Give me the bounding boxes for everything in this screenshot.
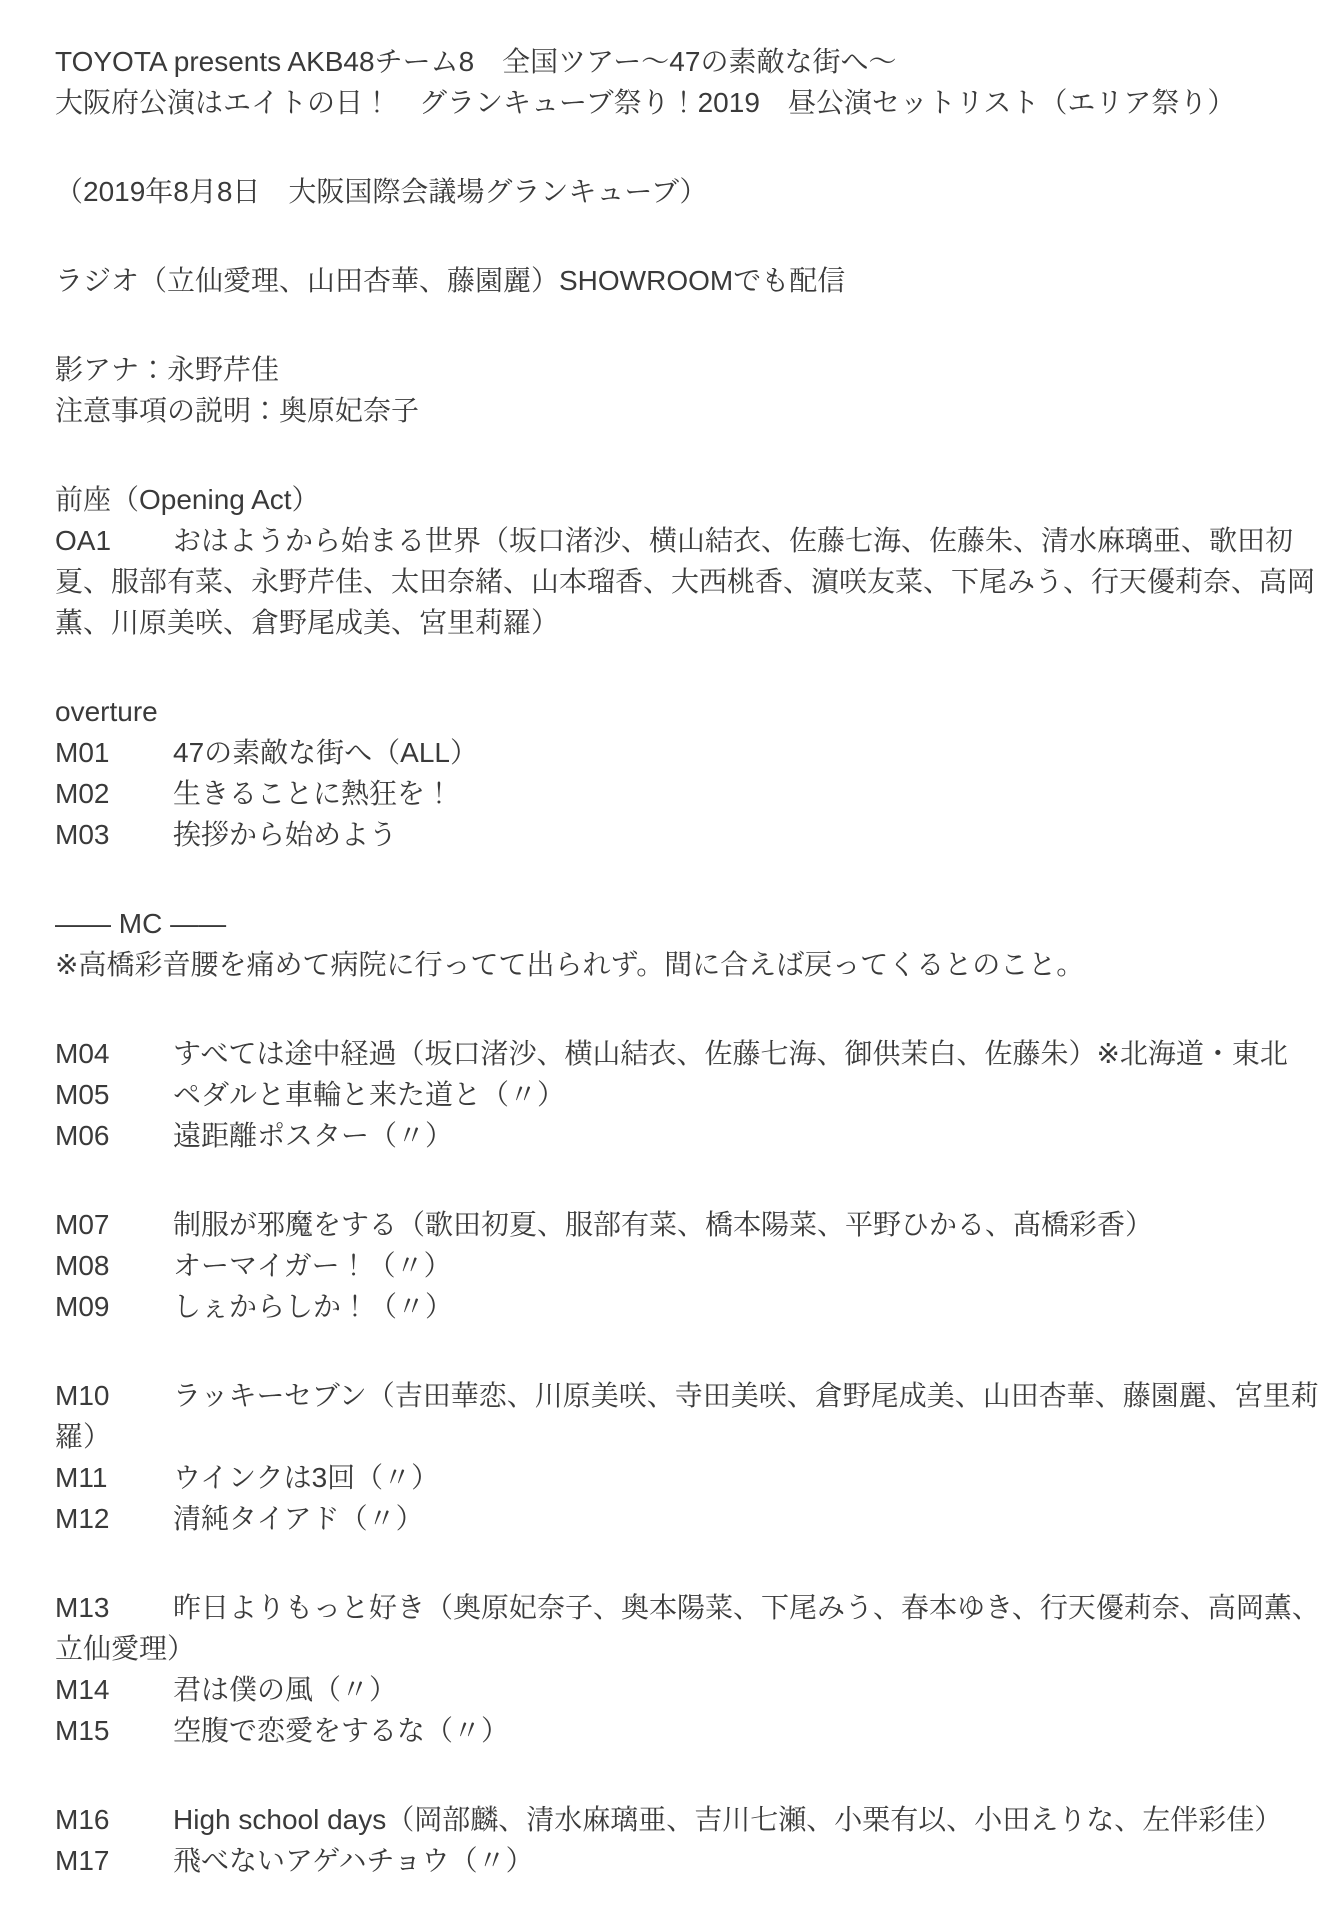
song-line: M17飛べないアゲハチョウ（〃）: [55, 1840, 1322, 1881]
song-title-and-performers: 昨日よりもっと好き（奥原妃奈子、奥本陽菜、下尾みう、春本ゆき、行天優莉奈、高岡薫…: [55, 1592, 1320, 1664]
song-line: M05ペダルと車輪と来た道と（〃）: [55, 1074, 1322, 1115]
block-opening-act: 前座（Opening Act）OA1おはようから始まる世界（坂口渚沙、横山結衣、…: [55, 479, 1322, 643]
song-line: M12清純タイアド（〃）: [55, 1498, 1322, 1539]
text-line: （2019年8月8日 大阪国際会議場グランキューブ）: [55, 171, 1322, 212]
song-title-and-performers: 清純タイアド（〃）: [173, 1503, 424, 1534]
song-number: M17: [55, 1840, 173, 1881]
song-number: M14: [55, 1669, 173, 1710]
text-line: 注意事項の説明：奥原妃奈子: [55, 390, 1322, 431]
song-number: M09: [55, 1286, 173, 1327]
song-title-and-performers: オーマイガー！（〃）: [173, 1250, 452, 1281]
song-line: M06遠距離ポスター（〃）: [55, 1115, 1322, 1156]
song-line: M10ラッキーセブン（吉田華恋、川原美咲、寺田美咲、倉野尾成美、山田杏華、藤園麗…: [55, 1375, 1322, 1457]
song-number: M11: [55, 1457, 173, 1498]
song-number: M02: [55, 773, 173, 814]
song-number: M08: [55, 1245, 173, 1286]
text-line: TOYOTA presents AKB48チーム8 全国ツアー〜47の素敵な街へ…: [55, 41, 1322, 82]
song-number: M13: [55, 1587, 173, 1628]
song-line: M04すべては途中経過（坂口渚沙、横山結衣、佐藤七海、御供茉白、佐藤朱）※北海道…: [55, 1033, 1322, 1074]
song-number: M03: [55, 814, 173, 855]
line-text: 前座（Opening Act）: [55, 484, 320, 515]
block-overture: overtureM0147の素敵な街へ（ALL）M02生きることに熱狂を！M03…: [55, 691, 1322, 855]
block-header: TOYOTA presents AKB48チーム8 全国ツアー〜47の素敵な街へ…: [55, 41, 1322, 123]
song-line: M13昨日よりもっと好き（奥原妃奈子、奥本陽菜、下尾みう、春本ゆき、行天優莉奈、…: [55, 1587, 1322, 1669]
block-songs-m07-m09: M07制服が邪魔をする（歌田初夏、服部有菜、橋本陽菜、平野ひかる、髙橋彩香）M0…: [55, 1204, 1322, 1327]
song-number: M07: [55, 1204, 173, 1245]
line-text: （2019年8月8日 大阪国際会議場グランキューブ）: [55, 176, 707, 207]
song-line: M11ウインクは3回（〃）: [55, 1457, 1322, 1498]
block-date-venue: （2019年8月8日 大阪国際会議場グランキューブ）: [55, 171, 1322, 212]
song-line: M14君は僕の風（〃）: [55, 1669, 1322, 1710]
line-text: ※高橋彩音腰を痛めて病院に行ってて出られず。間に合えば戻ってくるとのこと。: [55, 949, 1084, 980]
song-number: M01: [55, 732, 173, 773]
song-title-and-performers: 空腹で恋愛をするな（〃）: [173, 1715, 509, 1746]
song-title-and-performers: ペダルと車輪と来た道と（〃）: [173, 1079, 565, 1110]
setlist-text-body: TOYOTA presents AKB48チーム8 全国ツアー〜47の素敵な街へ…: [55, 41, 1322, 1881]
text-line: ラジオ（立仙愛理、山田杏華、藤園麗）SHOWROOMでも配信: [55, 260, 1322, 301]
song-line: M0147の素敵な街へ（ALL）: [55, 732, 1322, 773]
song-title-and-performers: ラッキーセブン（吉田華恋、川原美咲、寺田美咲、倉野尾成美、山田杏華、藤園麗、宮里…: [55, 1380, 1319, 1452]
song-number: OA1: [55, 520, 173, 561]
song-title-and-performers: 君は僕の風（〃）: [173, 1674, 397, 1705]
text-line: 影アナ：永野芹佳: [55, 349, 1322, 390]
line-text: ラジオ（立仙愛理、山田杏華、藤園麗）SHOWROOMでも配信: [55, 265, 845, 296]
block-radio: ラジオ（立仙愛理、山田杏華、藤園麗）SHOWROOMでも配信: [55, 260, 1322, 301]
line-text: overture: [55, 696, 158, 727]
song-title-and-performers: 生きることに熱狂を！: [173, 778, 453, 809]
text-line: 大阪府公演はエイトの日！ グランキューブ祭り！2019 昼公演セットリスト（エリ…: [55, 82, 1322, 123]
line-text: 大阪府公演はエイトの日！ グランキューブ祭り！2019 昼公演セットリスト（エリ…: [55, 87, 1235, 118]
song-line: M15空腹で恋愛をするな（〃）: [55, 1710, 1322, 1751]
text-line: ※高橋彩音腰を痛めて病院に行ってて出られず。間に合えば戻ってくるとのこと。: [55, 944, 1322, 985]
song-title-and-performers: ウインクは3回（〃）: [173, 1462, 439, 1493]
song-number: M16: [55, 1799, 173, 1840]
song-title-and-performers: High school days（岡部麟、清水麻璃亜、吉川七瀬、小栗有以、小田え…: [173, 1804, 1282, 1835]
song-title-and-performers: しぇからしか！（〃）: [173, 1291, 453, 1322]
block-staff: 影アナ：永野芹佳注意事項の説明：奥原妃奈子: [55, 349, 1322, 431]
song-number: M12: [55, 1498, 173, 1539]
line-text: 注意事項の説明：奥原妃奈子: [55, 395, 419, 426]
song-line: M08オーマイガー！（〃）: [55, 1245, 1322, 1286]
song-title-and-performers: 制服が邪魔をする（歌田初夏、服部有菜、橋本陽菜、平野ひかる、髙橋彩香）: [173, 1209, 1153, 1240]
text-line: overture: [55, 691, 1322, 732]
song-line: M16High school days（岡部麟、清水麻璃亜、吉川七瀬、小栗有以、…: [55, 1799, 1322, 1840]
block-mc: —— MC ——※高橋彩音腰を痛めて病院に行ってて出られず。間に合えば戻ってくる…: [55, 903, 1322, 985]
line-text: TOYOTA presents AKB48チーム8 全国ツアー〜47の素敵な街へ…: [55, 46, 896, 77]
block-songs-m10-m12: M10ラッキーセブン（吉田華恋、川原美咲、寺田美咲、倉野尾成美、山田杏華、藤園麗…: [55, 1375, 1322, 1539]
song-line: OA1おはようから始まる世界（坂口渚沙、横山結衣、佐藤七海、佐藤朱、清水麻璃亜、…: [55, 520, 1322, 643]
song-number: M05: [55, 1074, 173, 1115]
song-line: M07制服が邪魔をする（歌田初夏、服部有菜、橋本陽菜、平野ひかる、髙橋彩香）: [55, 1204, 1322, 1245]
song-number: M06: [55, 1115, 173, 1156]
song-title-and-performers: 遠距離ポスター（〃）: [173, 1120, 453, 1151]
line-text: 影アナ：永野芹佳: [55, 354, 279, 385]
block-songs-m13-m15: M13昨日よりもっと好き（奥原妃奈子、奥本陽菜、下尾みう、春本ゆき、行天優莉奈、…: [55, 1587, 1322, 1751]
text-line: —— MC ——: [55, 903, 1322, 944]
song-line: M09しぇからしか！（〃）: [55, 1286, 1322, 1327]
line-text: —— MC ——: [55, 908, 226, 939]
song-title-and-performers: 飛べないアゲハチョウ（〃）: [173, 1845, 534, 1876]
block-songs-m04-m06: M04すべては途中経過（坂口渚沙、横山結衣、佐藤七海、御供茉白、佐藤朱）※北海道…: [55, 1033, 1322, 1156]
song-number: M10: [55, 1375, 173, 1416]
song-title-and-performers: おはようから始まる世界（坂口渚沙、横山結衣、佐藤七海、佐藤朱、清水麻璃亜、歌田初…: [55, 525, 1315, 638]
setlist-document: TOYOTA presents AKB48チーム8 全国ツアー〜47の素敵な街へ…: [0, 0, 1342, 1921]
song-title-and-performers: すべては途中経過（坂口渚沙、横山結衣、佐藤七海、御供茉白、佐藤朱）※北海道・東北: [173, 1038, 1288, 1069]
text-line: 前座（Opening Act）: [55, 479, 1322, 520]
song-number: M15: [55, 1710, 173, 1751]
song-title-and-performers: 47の素敵な街へ（ALL）: [173, 737, 478, 768]
block-songs-m16-m17: M16High school days（岡部麟、清水麻璃亜、吉川七瀬、小栗有以、…: [55, 1799, 1322, 1881]
song-number: M04: [55, 1033, 173, 1074]
song-title-and-performers: 挨拶から始めよう: [173, 819, 397, 850]
song-line: M03挨拶から始めよう: [55, 814, 1322, 855]
song-line: M02生きることに熱狂を！: [55, 773, 1322, 814]
